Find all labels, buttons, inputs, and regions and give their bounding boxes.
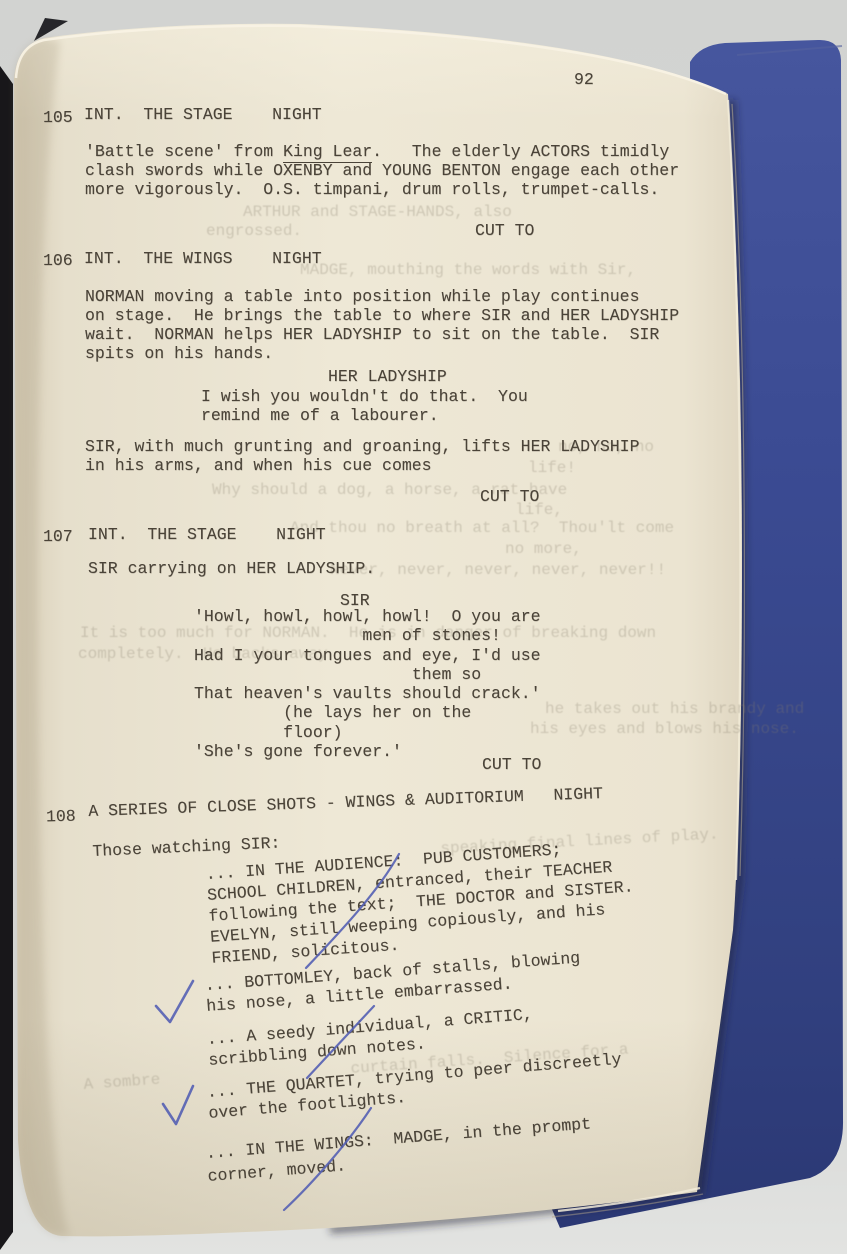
pen-annotations [0, 0, 847, 1254]
pen-slash-mark-audience [306, 854, 399, 968]
photo-of-script-page: ARTHUR and STAGE-HANDS, alsoengrossed.MA… [0, 0, 847, 1254]
pen-check-mark-quartet [163, 1086, 193, 1124]
pen-slash-mark-madge [284, 1108, 371, 1210]
pen-check-mark-bottomley [156, 981, 193, 1022]
pen-slash-mark-critic [307, 1006, 374, 1078]
